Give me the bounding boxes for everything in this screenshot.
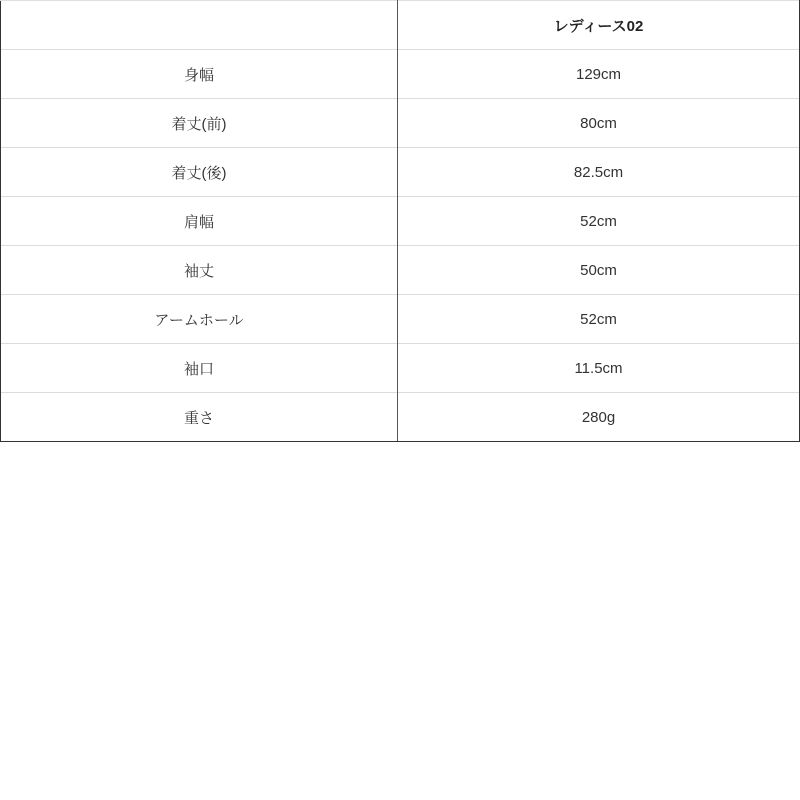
table-row: 袖丈 50cm (1, 246, 800, 295)
row-label-weight: 重さ (1, 393, 398, 442)
row-value-length-front: 80cm (398, 99, 800, 148)
row-value-shoulder-width: 52cm (398, 197, 800, 246)
row-value-body-width: 129cm (398, 50, 800, 99)
table-row: 着丈(後) 82.5cm (1, 148, 800, 197)
table-row: 身幅 129cm (1, 50, 800, 99)
table-row: 袖口 11.5cm (1, 344, 800, 393)
row-value-cuff: 11.5cm (398, 344, 800, 393)
row-label-cuff: 袖口 (1, 344, 398, 393)
table-row: 重さ 280g (1, 393, 800, 442)
table-row: 肩幅 52cm (1, 197, 800, 246)
row-value-weight: 280g (398, 393, 800, 442)
row-value-armhole: 52cm (398, 295, 800, 344)
header-label-cell (1, 1, 398, 50)
row-value-sleeve-length: 50cm (398, 246, 800, 295)
row-label-sleeve-length: 袖丈 (1, 246, 398, 295)
table-row: 着丈(前) 80cm (1, 99, 800, 148)
size-chart-table: レディース02 身幅 129cm 着丈(前) 80cm 着丈(後) 82.5cm… (0, 0, 800, 442)
row-label-shoulder-width: 肩幅 (1, 197, 398, 246)
row-label-armhole: アームホール (1, 295, 398, 344)
header-column-ladies-02: レディース02 (398, 1, 800, 50)
row-value-length-back: 82.5cm (398, 148, 800, 197)
table-row: アームホール 52cm (1, 295, 800, 344)
row-label-body-width: 身幅 (1, 50, 398, 99)
row-label-length-front: 着丈(前) (1, 99, 398, 148)
header-row: レディース02 (1, 1, 800, 50)
row-label-length-back: 着丈(後) (1, 148, 398, 197)
